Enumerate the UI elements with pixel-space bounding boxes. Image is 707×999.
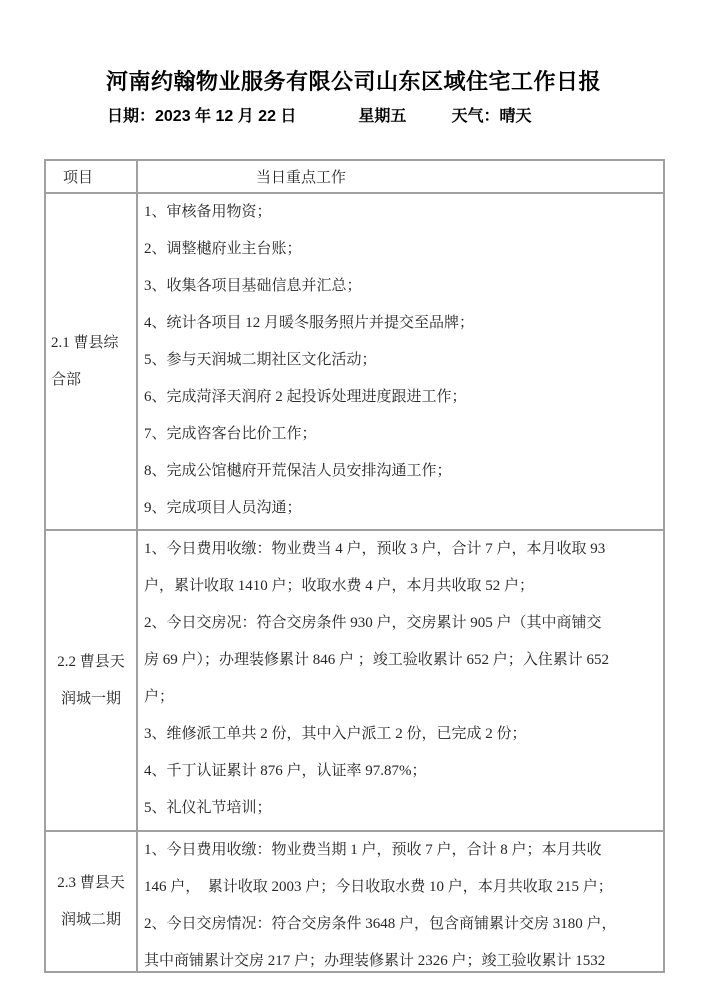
row-label-line: 合部 bbox=[46, 362, 136, 399]
work-line: 5、参与天润城二期社区文化活动； bbox=[138, 342, 663, 379]
row-content: 1、今日费用收缴：物业费当 4 户，预收 3 户，合计 7 户，本月收取 93户… bbox=[138, 531, 663, 830]
date-line: 日期：2023 年 12 月 22 日星期五天气：晴天 bbox=[0, 106, 707, 128]
row-label-line: 润城二期 bbox=[46, 902, 136, 939]
row-content: 1、审核备用物资；2、调整樾府业主台账；3、收集各项目基础信息并汇总；4、统计各… bbox=[138, 194, 663, 529]
work-line: 2、今日交房情况：符合交房条件 3648 户，包含商铺累计交房 3180 户， bbox=[138, 906, 663, 943]
work-line: 其中商铺累计交房 217 户；办理装修累计 2326 户；竣工验收累计 1532 bbox=[138, 943, 663, 971]
work-line: 1、今日费用收缴：物业费当 4 户，预收 3 户，合计 7 户，本月收取 93 bbox=[138, 531, 663, 568]
row-label: 2.2 曹县天润城一期 bbox=[46, 531, 138, 830]
work-line: 户； bbox=[138, 679, 663, 716]
work-line: 1、审核备用物资； bbox=[138, 194, 663, 231]
row-label: 2.1 曹县综合部 bbox=[46, 194, 138, 529]
work-line: 5、礼仪礼节培训； bbox=[138, 790, 663, 827]
header-cell-project: 项目 bbox=[46, 161, 138, 192]
table-row: 2.1 曹县综合部1、审核备用物资；2、调整樾府业主台账；3、收集各项目基础信息… bbox=[46, 192, 663, 529]
date-label: 日期：2023 年 12 月 22 日 bbox=[107, 108, 296, 125]
weekday-label: 星期五 bbox=[358, 106, 406, 128]
row-content: 1、今日费用收缴：物业费当期 1 户，预收 7 户，合计 8 户；本月共收146… bbox=[138, 832, 663, 971]
table-row: 2.2 曹县天润城一期1、今日费用收缴：物业费当 4 户，预收 3 户，合计 7… bbox=[46, 529, 663, 830]
work-line: 3、收集各项目基础信息并汇总； bbox=[138, 268, 663, 305]
work-table: 项目 当日重点工作 2.1 曹县综合部1、审核备用物资；2、调整樾府业主台账；3… bbox=[44, 159, 665, 973]
work-line: 2、调整樾府业主台账； bbox=[138, 231, 663, 268]
row-label-line: 润城一期 bbox=[46, 681, 136, 718]
weather-label: 天气：晴天 bbox=[451, 106, 531, 128]
work-line: 6、完成菏泽天润府 2 起投诉处理进度跟进工作； bbox=[138, 379, 663, 416]
row-label-line: 2.1 曹县综 bbox=[46, 325, 136, 362]
row-label-line: 2.2 曹县天 bbox=[46, 644, 136, 681]
work-line: 2、今日交房况：符合交房条件 930 户，交房累计 905 户（其中商铺交 bbox=[138, 605, 663, 642]
work-line: 8、完成公馆樾府开荒保洁人员安排沟通工作； bbox=[138, 453, 663, 490]
work-line: 4、统计各项目 12 月暖冬服务照片并提交至品牌； bbox=[138, 305, 663, 342]
work-line: 4、千丁认证累计 876 户，认证率 97.87%； bbox=[138, 753, 663, 790]
work-line: 1、今日费用收缴：物业费当期 1 户，预收 7 户，合计 8 户；本月共收 bbox=[138, 832, 663, 869]
work-line: 7、完成咨客台比价工作； bbox=[138, 416, 663, 453]
page-title: 河南约翰物业服务有限公司山东区域住宅工作日报 bbox=[0, 0, 707, 96]
table-row: 2.3 曹县天润城二期1、今日费用收缴：物业费当期 1 户，预收 7 户，合计 … bbox=[46, 830, 663, 971]
work-line: 146 户， 累计收取 2003 户；今日收取水费 10 户，本月共收取 215… bbox=[138, 869, 663, 906]
work-line: 3、维修派工单共 2 份，其中入户派工 2 份，已完成 2 份； bbox=[138, 716, 663, 753]
work-line: 9、完成项目人员沟通； bbox=[138, 490, 663, 527]
work-line: 户，累计收取 1410 户；收取水费 4 户，本月共收取 52 户； bbox=[138, 568, 663, 605]
daily-report-page: 河南约翰物业服务有限公司山东区域住宅工作日报 日期：2023 年 12 月 22… bbox=[0, 0, 707, 999]
header-cell-work: 当日重点工作 bbox=[138, 161, 663, 192]
row-label-line: 2.3 曹县天 bbox=[46, 865, 136, 902]
table-header-row: 项目 当日重点工作 bbox=[46, 161, 663, 192]
row-label: 2.3 曹县天润城二期 bbox=[46, 832, 138, 971]
work-line: 房 69 户）；办理装修累计 846 户 ；竣工验收累计 652 户；入住累计 … bbox=[138, 642, 663, 679]
